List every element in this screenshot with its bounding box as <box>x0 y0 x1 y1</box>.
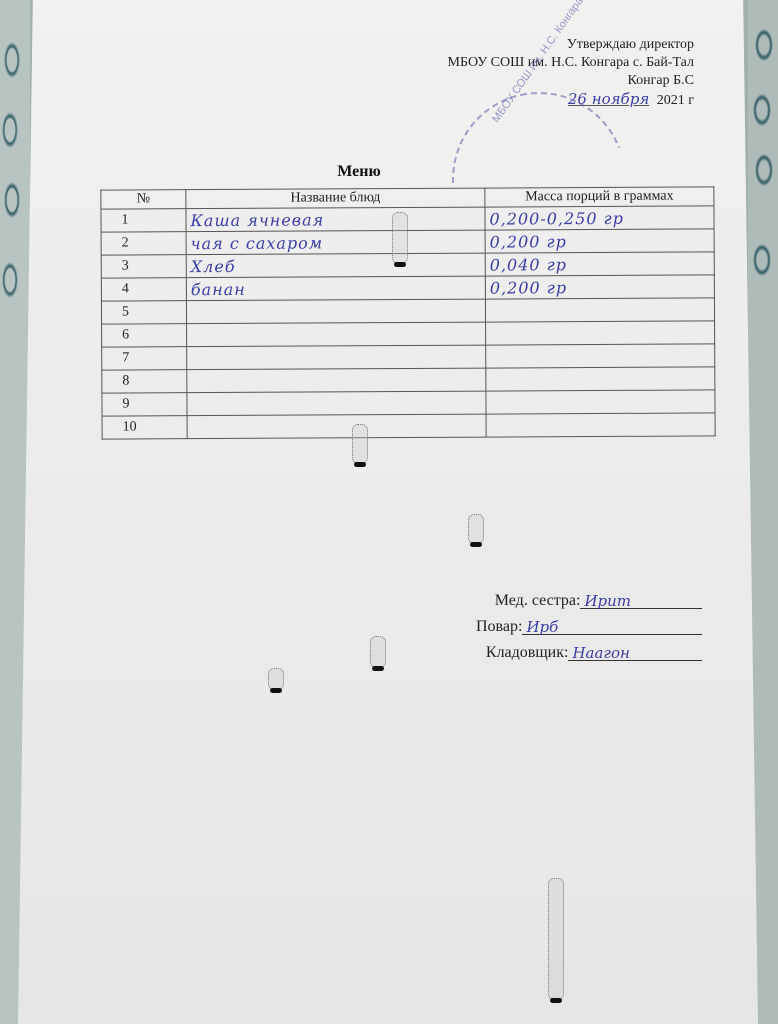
signature-cook: Повар: Ирб <box>476 614 702 640</box>
table-row: 6 <box>102 321 715 347</box>
row-number: 2 <box>101 232 186 255</box>
row-number: 10 <box>102 416 187 439</box>
portion-mass: 0,040 гр <box>485 252 714 276</box>
signature-handwritten: Ирит <box>580 588 702 609</box>
dish-name: чая с сахаром <box>186 230 485 255</box>
dish-name <box>187 345 486 370</box>
paper-sheet <box>18 0 758 1024</box>
portion-mass <box>486 390 715 414</box>
dish-name: Каша ячневая <box>186 207 485 232</box>
approval-year: 2021 г <box>657 93 694 108</box>
row-number: 7 <box>102 347 187 370</box>
signature-label: Мед. сестра: <box>495 588 581 614</box>
row-number: 8 <box>102 370 187 393</box>
portion-mass <box>486 367 715 391</box>
portion-mass <box>485 298 714 322</box>
signature-label: Кладовщик: <box>486 640 569 666</box>
table-row: 8 <box>102 367 715 393</box>
portion-mass: 0,200 гр <box>485 229 714 253</box>
document-title: Меню <box>0 163 748 181</box>
approval-line1: Утверждаю директор <box>448 36 694 54</box>
table-row: 5 <box>101 298 714 324</box>
dish-name: Хлеб <box>186 253 485 278</box>
dish-name <box>187 414 486 439</box>
table-row: 7 <box>102 344 715 370</box>
staple-mark <box>468 514 484 544</box>
approval-line3: Конгар Б.С <box>448 72 694 90</box>
dish-name: банан <box>186 276 485 301</box>
approval-line2: МБОУ СОШ им. Н.С. Конгара с. Бай-Тал <box>448 54 694 72</box>
header-dish-name: Название блюд <box>186 188 485 209</box>
signatures-block: Мед. сестра: Ирит Повар: Ирб Кладовщик: … <box>476 588 702 666</box>
portion-mass: 0,200 гр <box>485 275 714 299</box>
portion-mass <box>486 321 715 345</box>
row-number: 1 <box>101 209 186 232</box>
portion-mass: 0,200-0,250 гр <box>485 206 714 230</box>
staple-mark <box>352 424 368 464</box>
staple-mark <box>548 878 564 1000</box>
row-number: 5 <box>101 301 186 324</box>
staple-mark <box>370 636 386 668</box>
staple-mark <box>392 212 408 264</box>
dish-name <box>187 391 486 416</box>
table-row: 10 <box>102 413 715 439</box>
row-number: 6 <box>102 324 187 347</box>
signature-handwritten: Наагон <box>568 640 702 661</box>
signature-storekeeper: Кладовщик: Наагон <box>476 640 702 666</box>
dish-name <box>187 322 486 347</box>
table-row: 9 <box>102 390 715 416</box>
header-number: № <box>101 190 186 209</box>
dish-name <box>187 368 486 393</box>
portion-mass <box>486 413 715 437</box>
row-number: 3 <box>101 255 186 278</box>
header-portion-mass: Масса порций в граммах <box>485 187 714 207</box>
row-number: 9 <box>102 393 187 416</box>
menu-table: № Название блюд Масса порций в граммах 1… <box>100 186 715 439</box>
staple-mark <box>268 668 284 690</box>
signature-handwritten: Ирб <box>522 614 702 635</box>
portion-mass <box>486 344 715 368</box>
dish-name <box>186 299 485 324</box>
signature-label: Повар: <box>476 614 522 640</box>
signature-nurse: Мед. сестра: Ирит <box>476 588 702 614</box>
row-number: 4 <box>101 278 186 301</box>
table-row: 4банан0,200 гр <box>101 275 714 301</box>
